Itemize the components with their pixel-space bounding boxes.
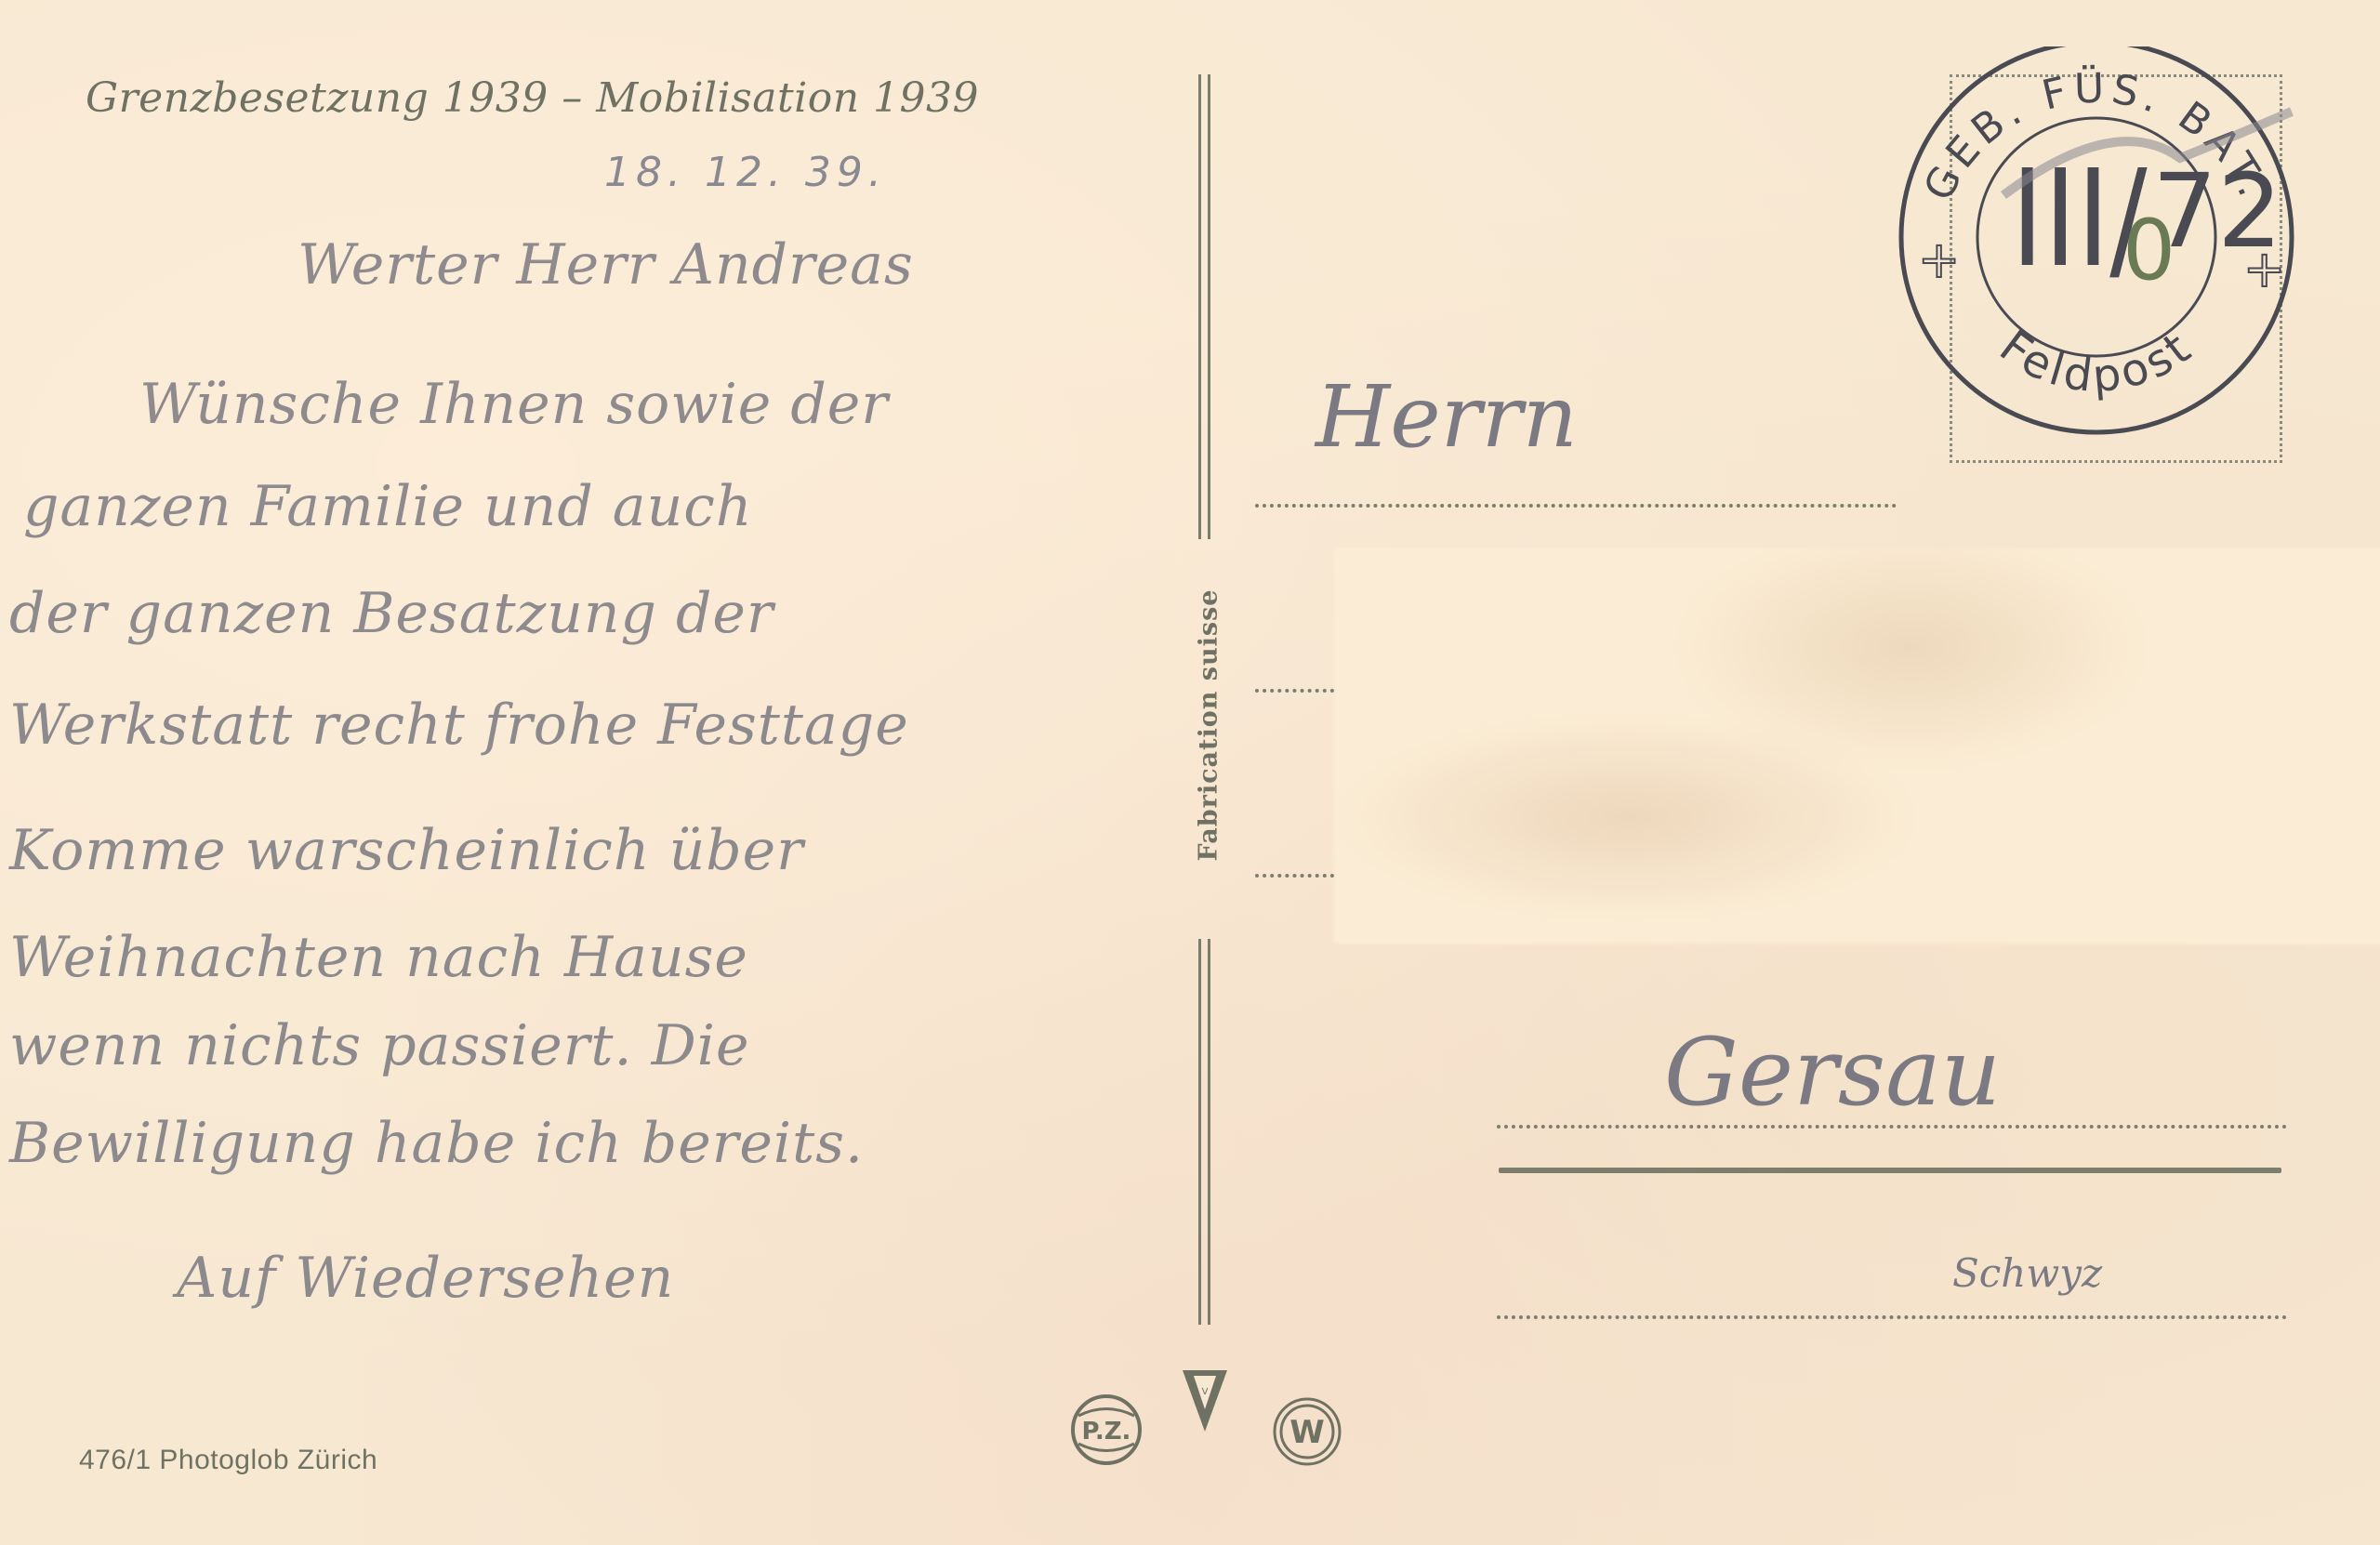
printed-title: Grenzbesetzung 1939 – Mobilisation 1939	[86, 74, 979, 122]
message-line: Werter Herr Andreas	[297, 232, 914, 297]
svg-text:W: W	[1289, 1414, 1325, 1451]
address-line-1	[1255, 504, 1897, 508]
address-salutation: Herrn	[1316, 367, 1578, 467]
swiss-cross-icon: +	[1918, 231, 1960, 289]
message-line: Weihnachten nach Hause	[9, 925, 748, 990]
message-line: Komme warscheinlich über	[9, 818, 804, 883]
address-country: Schwyz	[1952, 1250, 2102, 1296]
address-town-underline	[1499, 1168, 2281, 1173]
message-line: Wünsche Ihnen sowie der	[139, 372, 889, 437]
message-line: wenn nichts passiert. Die	[9, 1013, 749, 1078]
fabrication-imprint: Fabrication suisse	[1195, 589, 1223, 862]
w-circle-logo-icon: W	[1272, 1396, 1342, 1467]
svg-text:V: V	[1202, 1387, 1209, 1397]
message-line: ganzen Familie und auch	[23, 474, 752, 539]
address-town: Gersau	[1664, 1018, 2001, 1127]
postmark-bottom-text: Feldpost	[1990, 321, 2203, 403]
publisher-imprint: 476/1 Photoglob Zürich	[79, 1445, 377, 1476]
message-line: Auf Wiedersehen	[177, 1246, 674, 1311]
swiss-cross-icon: +	[2243, 240, 2285, 298]
svg-text:Feldpost: Feldpost	[1990, 321, 2203, 403]
address-line-4	[1497, 1125, 2287, 1129]
center-divider-top	[1198, 74, 1210, 539]
redacted-recipient	[1334, 548, 2380, 944]
postcard-back: Grenzbesetzung 1939 – Mobilisation 1939 …	[0, 0, 2380, 1545]
message-line: der ganzen Besatzung der	[9, 581, 774, 646]
handwritten-date: 18. 12. 39.	[604, 149, 887, 196]
address-line-3-stub	[1255, 874, 1334, 878]
feldpost-postmark: GEB. FÜS. BAT. Feldpost III/ 0 72 + +	[1873, 46, 2320, 437]
message-line: Werkstatt recht frohe Festtage	[9, 693, 909, 758]
address-line-2-stub	[1255, 689, 1334, 693]
v-triangle-logo-icon: V	[1181, 1368, 1229, 1433]
pz-globe-logo-icon: P.Z.	[1069, 1393, 1144, 1467]
address-line-5	[1497, 1315, 2287, 1319]
message-line: Bewilligung habe ich bereits.	[9, 1111, 864, 1176]
center-divider-bottom	[1198, 939, 1210, 1325]
svg-text:P.Z.: P.Z.	[1082, 1418, 1131, 1446]
